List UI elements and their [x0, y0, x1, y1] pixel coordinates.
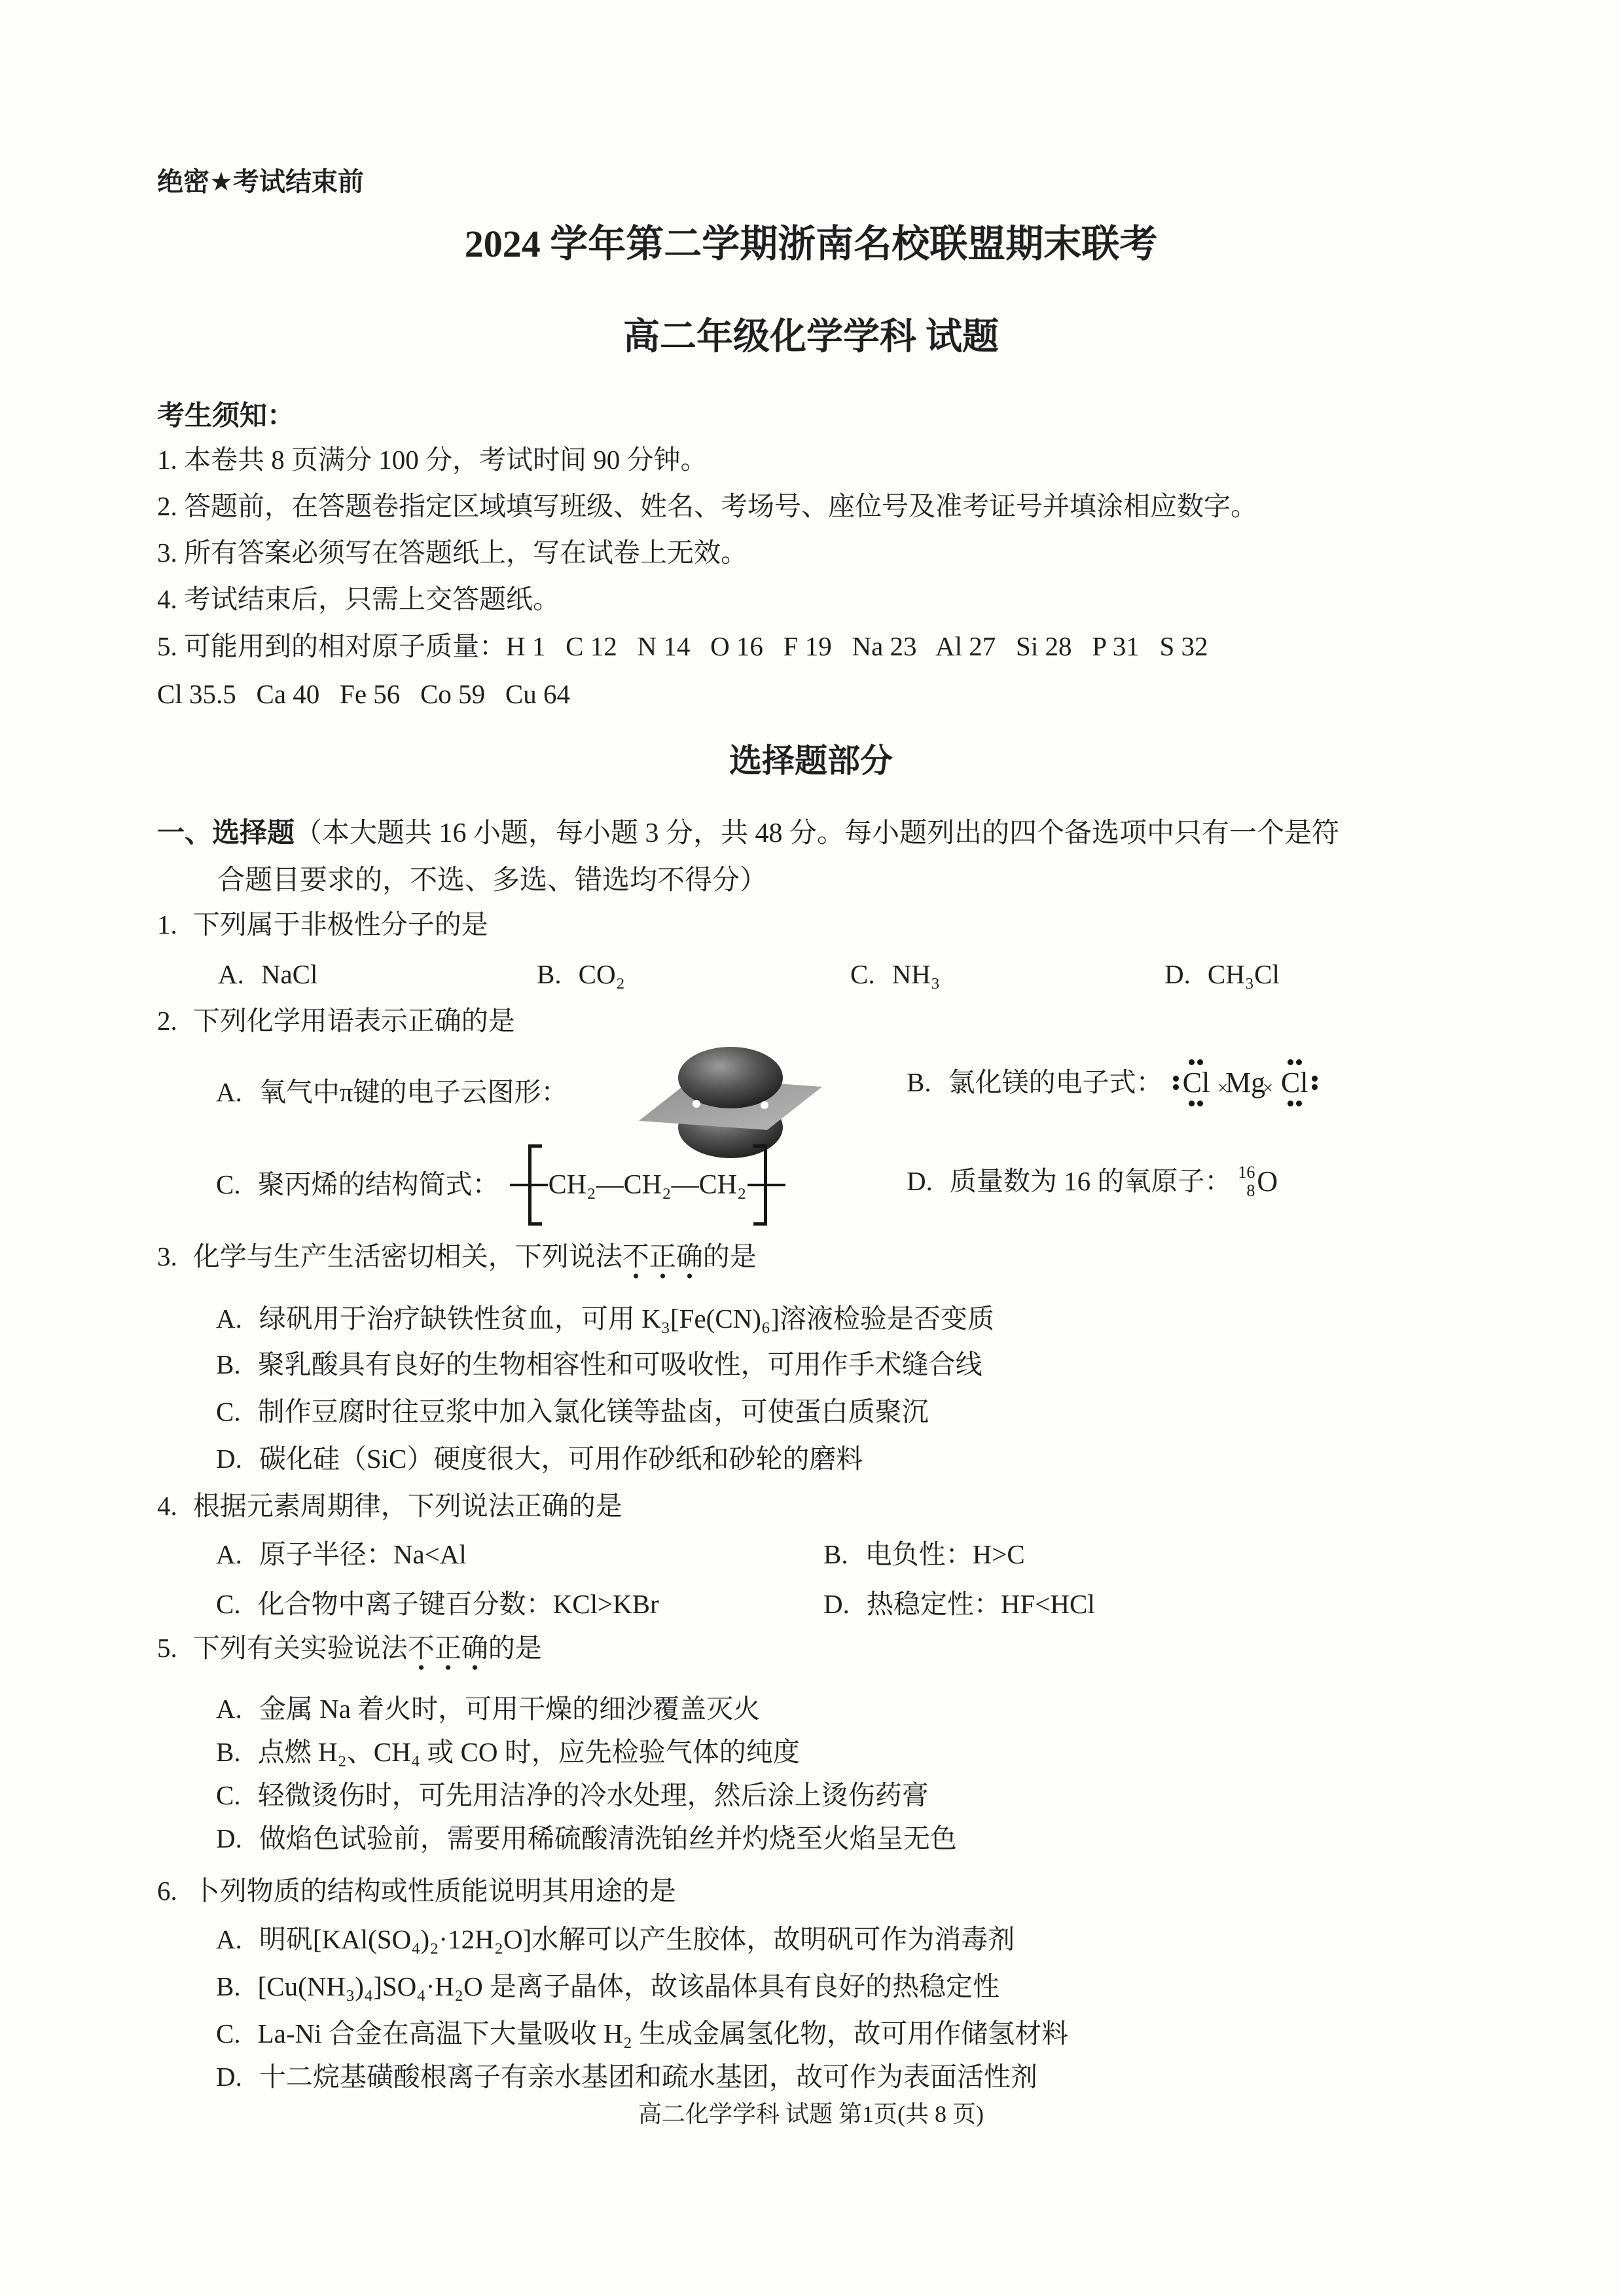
option-label: C.	[216, 1589, 241, 1619]
option-text: 聚乳酸具有良好的生物相容性和可吸收性，可用作手术缝合线	[258, 1349, 982, 1379]
option-text: 热稳定性：HF<HCl	[867, 1589, 1095, 1619]
option-label: A.	[218, 959, 244, 989]
mass-number: 16	[1238, 1163, 1255, 1181]
question-2-option-c: C.聚丙烯的结构简式： CH₂—CH₂—CH₂	[216, 1146, 785, 1224]
selection-section-title: 选择题部分	[0, 741, 1622, 780]
electron-pair-right	[1312, 1076, 1318, 1082]
question-5-emphasized: 不正确	[408, 1633, 488, 1671]
electron-lobe-top	[678, 1047, 783, 1108]
option-text: 金属 Na 着火时，可用干燥的细沙覆盖灭火	[259, 1694, 760, 1724]
option-label: C.	[216, 1780, 241, 1810]
question-6-option-c: C.La-Ni 合金在高温下大量吸收 H₂ 生成金属氢化物，故可用作储氢材料	[216, 2016, 1068, 2051]
option-label: D.	[1164, 959, 1191, 989]
bracket-left	[528, 1144, 542, 1226]
question-3-option-d: D.碳化硅（SiC）硬度很大，可用作砂纸和砂轮的磨料	[216, 1442, 863, 1476]
notice-item-5: 5. 可能用到的相对原子质量：H 1 C 12 N 14 O 16 F 19 N…	[157, 629, 1208, 664]
option-text: 碳化硅（SiC）硬度很大，可用作砂纸和砂轮的磨料	[259, 1444, 863, 1474]
option-label: B.	[907, 1067, 931, 1097]
option-text: [Cu(NH₃)₄]SO₄·H₂O 是离子晶体，故该晶体具有良好的热稳定性	[258, 1971, 1000, 2001]
section-intro-line-2: 合题目要求的，不选、多选、错选均不得分）	[217, 863, 767, 899]
question-6: 6.卜列物质的结构或性质能说明其用途的是	[157, 1874, 676, 1908]
atomic-number: 8	[1246, 1182, 1255, 1199]
option-label: A.	[216, 1924, 242, 1954]
classification-header: 绝密★考试结束前	[157, 165, 364, 199]
question-1-option-b: B.CO₂	[537, 957, 625, 992]
pi-bond-electron-cloud-diagram	[636, 1044, 825, 1161]
option-label: A.	[216, 1303, 242, 1334]
option-text: 制作豆腐时往豆浆中加入氯化镁等盐卤，可使蛋白质聚沉	[258, 1396, 929, 1427]
question-3-text-post: 的是	[703, 1241, 757, 1271]
electron-pair-bottom	[1189, 1101, 1195, 1106]
question-6-number: 6.	[157, 1876, 177, 1906]
option-text: 聚丙烯的结构简式：	[258, 1169, 499, 1199]
option-text: 明矾[KAl(SO₄)₂·12H₂O]水解可以产生胶体，故明矾可作为消毒剂	[259, 1924, 1015, 1954]
mgcl2-lewis-structure: Cl × Mg × Cl	[1172, 1058, 1319, 1108]
notice-item-5-continued: Cl 35.5 Ca 40 Fe 56 Co 59 Cu 64	[157, 677, 570, 712]
question-1-text: 下列属于非极性分子的是	[193, 909, 488, 939]
question-5-option-c: C.轻微烫伤时，可先用洁净的冷水处理，然后涂上烫伤药膏	[216, 1778, 929, 1813]
question-5-text-post: 的是	[488, 1633, 542, 1663]
option-label: B.	[823, 1539, 848, 1569]
oxygen-isotope-notation: 16 8 O	[1238, 1163, 1278, 1200]
question-3-number: 3.	[157, 1241, 177, 1271]
notice-item-1: 1. 本卷共 8 页满分 100 分，考试时间 90 分钟。	[157, 443, 708, 477]
question-1: 1.下列属于非极性分子的是	[157, 907, 488, 942]
question-3: 3.化学与生产生活密切相关，下列说法不正确的是	[157, 1239, 757, 1274]
question-6-option-d: D.十二烷基磺酸根离子有亲水基团和疏水基团，故可作为表面活性剂	[216, 2060, 1037, 2094]
bond-dash-right	[748, 1184, 785, 1186]
exam-page: 绝密★考试结束前 2024 学年第二学期浙南名校联盟期末联考 高二年级化学学科 …	[0, 0, 1622, 2296]
question-1-number: 1.	[157, 909, 177, 939]
notice-item-3: 3. 所有答案必须写在答题纸上，写在试卷上无效。	[157, 536, 748, 570]
option-label: A.	[216, 1539, 242, 1569]
lewis-mg: Mg	[1225, 1064, 1265, 1101]
question-6-text: 卜列物质的结构或性质能说明其用途的是	[193, 1876, 676, 1906]
option-label: A.	[216, 1694, 242, 1724]
question-4-option-c: C.化合物中离子键百分数：KCl>KBr	[216, 1587, 659, 1622]
option-text: 氯化镁的电子式：	[948, 1067, 1163, 1097]
option-text: La-Ni 合金在高温下大量吸收 H₂ 生成金属氢化物，故可用作储氢材料	[258, 2018, 1069, 2049]
question-3-option-b: B.聚乳酸具有良好的生物相容性和可吸收性，可用作手术缝合线	[216, 1347, 982, 1382]
option-text: 氧气中π键的电子云图形：	[259, 1077, 568, 1107]
option-text: 轻微烫伤时，可先用洁净的冷水处理，然后涂上烫伤药膏	[258, 1780, 929, 1810]
question-2-option-a: A.氧气中π键的电子云图形：	[216, 1075, 568, 1110]
option-text: CH₃Cl	[1208, 959, 1280, 989]
question-3-option-c: C.制作豆腐时往豆浆中加入氯化镁等盐卤，可使蛋白质聚沉	[216, 1394, 929, 1429]
option-label: C.	[850, 959, 875, 989]
question-4-number: 4.	[157, 1491, 177, 1521]
question-5-text-pre: 下列有关实验说法	[193, 1633, 408, 1663]
option-label: D.	[216, 1823, 242, 1853]
lewis-cl-left: Cl	[1172, 1058, 1221, 1108]
page-footer: 高二化学学科 试题 第1页(共 8 页)	[0, 2099, 1622, 2130]
option-text: NH₃	[892, 959, 941, 989]
notice-item-4: 4. 考试结束后，只需上交答题纸。	[157, 582, 560, 617]
question-2: 2.下列化学用语表示正确的是	[157, 1004, 515, 1038]
element-symbol: O	[1257, 1163, 1278, 1200]
option-label: D.	[216, 2062, 242, 2092]
question-2-number: 2.	[157, 1006, 177, 1036]
question-1-option-a: A.NaCl	[218, 957, 317, 992]
option-text: NaCl	[261, 959, 318, 989]
question-5-option-b: B.点燃 H₂、CH₄ 或 CO 时，应先检验气体的纯度	[216, 1735, 800, 1770]
repeat-unit: CH₂—CH₂—CH₂	[542, 1167, 753, 1203]
question-4: 4.根据元素周期律，下列说法正确的是	[157, 1489, 622, 1523]
question-3-emphasized: 不正确	[622, 1241, 703, 1279]
question-5-option-d: D.做焰色试验前，需要用稀硫酸清洗铂丝并灼烧至火焰呈无色	[216, 1821, 957, 1856]
section-intro-line-1: 一、选择题（本大题共 16 小题，每小题 3 分，共 48 分。每小题列出的四个…	[157, 816, 1339, 852]
lewis-cl-right: Cl	[1271, 1058, 1319, 1108]
question-6-option-a: A.明矾[KAl(SO₄)₂·12H₂O]水解可以产生胶体，故明矾可作为消毒剂	[216, 1922, 1015, 1957]
question-2-option-b: B.氯化镁的电子式： Cl × Mg × Cl	[907, 1058, 1318, 1108]
electron-pair-top	[1189, 1059, 1195, 1065]
option-text: 绿矾用于治疗缺铁性贫血，可用 K₃[Fe(CN)₆]溶液检验是否变质	[259, 1303, 994, 1334]
question-3-text-pre: 化学与生产生活密切相关，下列说法	[193, 1241, 622, 1271]
question-1-option-d: D.CH₃Cl	[1164, 957, 1280, 992]
polypropylene-structural-formula: CH₂—CH₂—CH₂	[510, 1144, 785, 1226]
electron-pair-bottom	[1288, 1101, 1293, 1106]
option-text: 质量数为 16 的氧原子：	[950, 1166, 1232, 1196]
exam-title: 2024 学年第二学期浙南名校联盟期末联考	[0, 221, 1622, 267]
option-text: CO₂	[579, 959, 625, 989]
exam-subtitle: 高二年级化学学科 试题	[0, 316, 1622, 359]
option-text: 点燃 H₂、CH₄ 或 CO 时，应先检验气体的纯度	[258, 1737, 800, 1767]
option-label: B.	[216, 1349, 241, 1379]
question-4-option-b: B.电负性：H>C	[823, 1537, 1025, 1572]
question-5-option-a: A.金属 Na 着火时，可用干燥的细沙覆盖灭火	[216, 1692, 760, 1726]
option-label: D.	[216, 1444, 242, 1474]
option-label: D.	[907, 1166, 933, 1196]
option-label: B.	[537, 959, 562, 989]
option-text: 十二烷基磺酸根离子有亲水基团和疏水基团，故可作为表面活性剂	[259, 2062, 1037, 2092]
option-label: C.	[216, 1169, 241, 1199]
option-text: 化合物中离子键百分数：KCl>KBr	[258, 1589, 659, 1619]
question-6-option-b: B.[Cu(NH₃)₄]SO₄·H₂O 是离子晶体，故该晶体具有良好的热稳定性	[216, 1969, 1000, 2004]
question-1-option-c: C.NH₃	[850, 957, 940, 992]
question-3-option-a: A.绿矾用于治疗缺铁性贫血，可用 K₃[Fe(CN)₆]溶液检验是否变质	[216, 1302, 994, 1336]
option-label: B.	[216, 1737, 241, 1767]
notice-heading: 考生须知：	[157, 399, 295, 435]
question-4-option-d: D.热稳定性：HF<HCl	[823, 1587, 1095, 1622]
question-4-option-a: A.原子半径：Na<Al	[216, 1537, 467, 1572]
option-label: C.	[216, 2018, 241, 2049]
question-4-text: 根据元素周期律，下列说法正确的是	[193, 1491, 622, 1521]
bond-cross-left: ×	[1217, 1077, 1228, 1101]
question-5-number: 5.	[157, 1633, 177, 1663]
electron-pair-left	[1173, 1076, 1179, 1082]
section-intro-heading: 一、选择题	[157, 818, 295, 848]
question-2-option-d: D.质量数为 16 的氧原子： 16 8 O	[907, 1163, 1278, 1200]
option-text: 电负性：H>C	[865, 1539, 1025, 1569]
option-label: D.	[823, 1589, 850, 1619]
electron-pair-top	[1288, 1059, 1293, 1065]
option-label: A.	[216, 1077, 242, 1107]
option-text: 做焰色试验前，需要用稀硫酸清洗铂丝并灼烧至火焰呈无色	[259, 1823, 957, 1853]
question-2-text: 下列化学用语表示正确的是	[193, 1006, 515, 1036]
nucleus-dot-right	[761, 1101, 768, 1109]
nucleus-dot-left	[693, 1100, 700, 1108]
option-label: C.	[216, 1396, 241, 1427]
question-5: 5.下列有关实验说法不正确的是	[157, 1631, 542, 1666]
option-label: B.	[216, 1971, 241, 2001]
option-text: 原子半径：Na<Al	[259, 1539, 467, 1569]
section-intro-text: （本大题共 16 小题，每小题 3 分，共 48 分。每小题列出的四个备选项中只…	[295, 818, 1339, 848]
notice-item-2: 2. 答题前，在答题卷指定区域填写班级、姓名、考场号、座位号及准考证号并填涂相应…	[157, 489, 1257, 524]
